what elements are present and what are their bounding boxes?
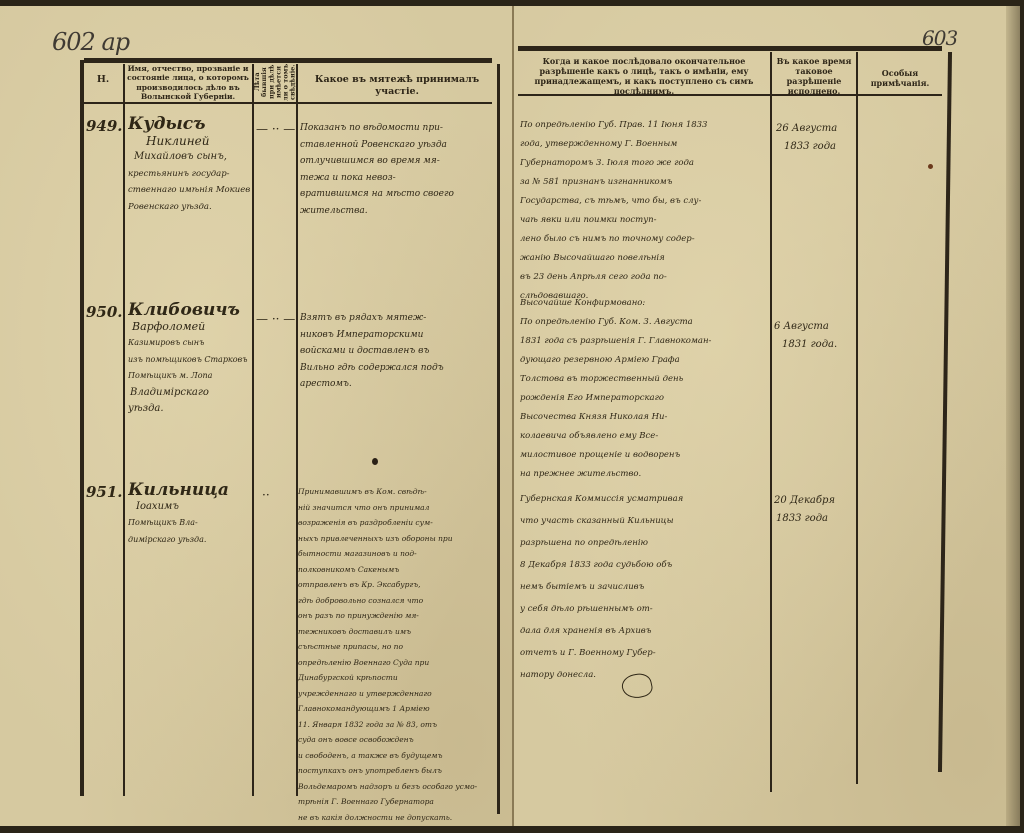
entry-executed-date: 26 Августа 1833 года <box>776 120 856 156</box>
entry-number: 950. <box>86 304 123 321</box>
entry-executed-date: 20 Декабря 1833 года <box>774 492 854 528</box>
column-rule <box>252 64 254 796</box>
entry-name-block: Кудысъ Никлиней Михайловъ сынъ, крестьян… <box>128 116 250 215</box>
entry-participation: Показанъ по вѣдомости при- ставленной Ро… <box>300 120 494 219</box>
entry-surname: Клибовичъ <box>128 302 250 319</box>
entry-age: — ·· — <box>256 122 295 136</box>
entry-age: — ·· — <box>256 312 295 326</box>
entry-number: 951. <box>86 484 123 501</box>
entry-name-block: Кильница Іоахимъ Помѣщикъ Вла- димірскаг… <box>128 482 250 548</box>
column-rule <box>123 64 125 796</box>
header-top-rule <box>518 46 942 51</box>
folio-number-left: 602 ар <box>52 28 129 56</box>
entry-executed-date: 6 Августа 1831 года. <box>774 318 854 354</box>
column-rule <box>856 52 858 784</box>
entry-age: ·· <box>262 488 270 502</box>
header-name: Имя, отчество, прозваніе и состояніе лиц… <box>125 64 251 102</box>
column-rule <box>497 64 500 814</box>
header-number: Н. <box>84 74 122 86</box>
column-rule <box>770 52 772 792</box>
right-page: 603 Когда и какое послѣдовало окончатель… <box>514 6 1020 826</box>
header-participation: Какое въ мятежѣ принималъ участіе. <box>298 74 496 98</box>
entry-resolution: По опредѣленію Губ. Прав. 11 Іюня 1833 г… <box>520 116 770 306</box>
left-page: 602 ар Н. Имя, отчество, прозваніе и сос… <box>0 6 514 826</box>
entry-surname: Кильница <box>128 482 250 499</box>
entry-participation: Принимавшимъ въ Ком. свѣдѣ- ній значится… <box>298 484 494 825</box>
entry-resolution: Губернская Коммиссія усматривая что учас… <box>520 488 770 686</box>
entry-number: 949. <box>86 118 123 135</box>
entry-surname: Кудысъ <box>128 116 250 133</box>
header-notes: Особыя примѣчанія. <box>859 68 941 88</box>
ink-stain <box>372 458 378 465</box>
ink-stain <box>928 164 933 169</box>
header-age: Лѣта бывшія при дѣлѣ имѣется ли о томъ с… <box>254 63 294 101</box>
column-rule <box>80 60 84 796</box>
entry-name-block: Клибовичъ Варфоломей Казимировъ сынъ изъ… <box>128 302 250 418</box>
header-executed: Въ какое время таковое разрѣшеніе исполн… <box>773 56 855 96</box>
header-bottom-rule <box>84 102 492 104</box>
entry-participation: Взятъ въ рядахъ мятеж- никовъ Императорс… <box>300 310 494 393</box>
header-resolution: Когда и какое послѣдовало окончательное … <box>518 56 770 96</box>
column-rule <box>938 52 952 772</box>
entry-resolution: Высочайше Конфирмовано: По опредѣленію Г… <box>520 294 770 484</box>
